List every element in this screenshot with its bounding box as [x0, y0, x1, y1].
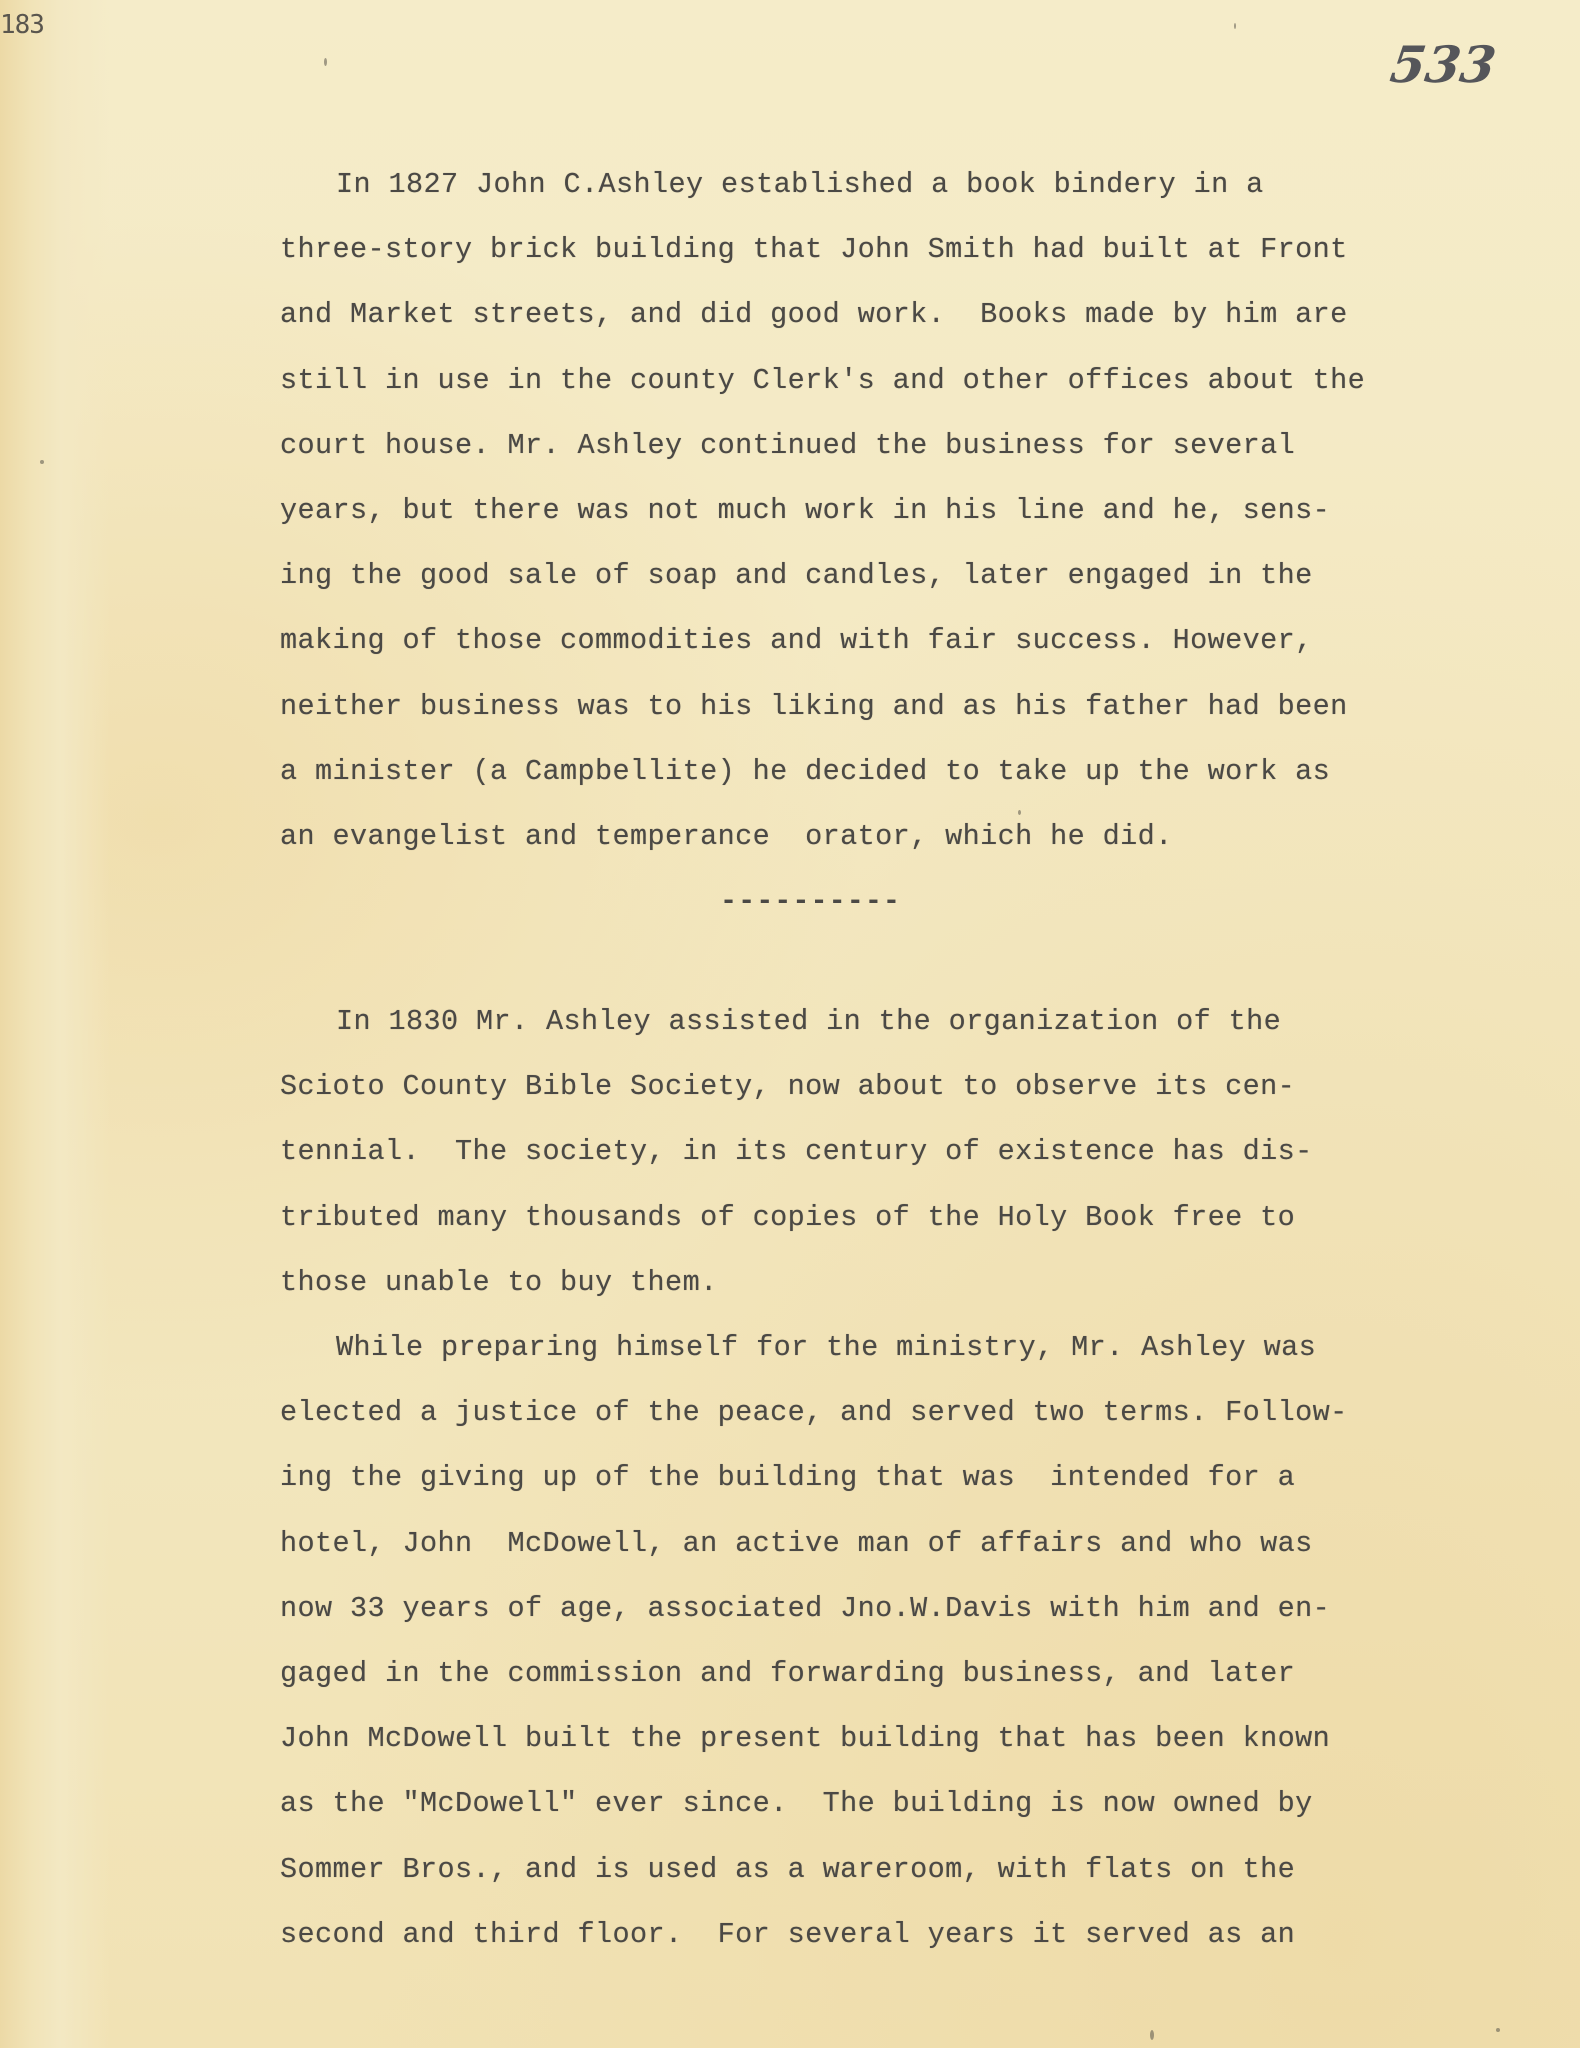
paper-speck: [1018, 810, 1021, 815]
text-line: an evangelist and temperance orator, whi…: [280, 804, 1480, 869]
text-line: tennial. The society, in its century of …: [280, 1119, 1480, 1184]
text-line: years, but there was not much work in hi…: [280, 478, 1480, 543]
text-line: neither business was to his liking and a…: [280, 674, 1480, 739]
paragraph-1: In 1827 John C.Ashley established a book…: [280, 152, 1480, 869]
text-line: Scioto County Bible Society, now about t…: [280, 1054, 1480, 1119]
corner-marker: 183: [0, 10, 44, 40]
text-line: a minister (a Campbellite) he decided to…: [280, 739, 1480, 804]
paper-speck: [1496, 2028, 1500, 2032]
text-line: In 1830 Mr. Ashley assisted in the organ…: [280, 989, 1480, 1054]
paper-speck: [324, 58, 327, 66]
text-line: hotel, John McDowell, an active man of a…: [280, 1511, 1480, 1576]
text-line: making of those commodities and with fai…: [280, 608, 1480, 673]
text-line: In 1827 John C.Ashley established a book…: [280, 152, 1480, 217]
text-line: second and third floor. For several year…: [280, 1902, 1480, 1967]
text-line: three-story brick building that John Smi…: [280, 217, 1480, 282]
text-line: still in use in the county Clerk's and o…: [280, 348, 1480, 413]
section-separator: ----------: [280, 869, 1480, 934]
text-line: Sommer Bros., and is used as a wareroom,…: [280, 1837, 1480, 1902]
document-body: In 1827 John C.Ashley established a book…: [280, 152, 1480, 1967]
text-line: tributed many thousands of copies of the…: [280, 1185, 1480, 1250]
text-line: ing the good sale of soap and candles, l…: [280, 543, 1480, 608]
page-number: 533: [1386, 35, 1499, 94]
text-line: and Market streets, and did good work. B…: [280, 282, 1480, 347]
text-line: John McDowell built the present building…: [280, 1706, 1480, 1771]
paper-speck: [1234, 23, 1236, 29]
text-line: as the "McDowell" ever since. The buildi…: [280, 1771, 1480, 1836]
text-line: elected a justice of the peace, and serv…: [280, 1380, 1480, 1445]
text-line: now 33 years of age, associated Jno.W.Da…: [280, 1576, 1480, 1641]
paper-speck: [1150, 2030, 1154, 2040]
spacer: [280, 934, 1480, 989]
paragraph-3: While preparing himself for the ministry…: [280, 1315, 1480, 1967]
text-line: court house. Mr. Ashley continued the bu…: [280, 413, 1480, 478]
text-line: those unable to buy them.: [280, 1250, 1480, 1315]
text-line: While preparing himself for the ministry…: [280, 1315, 1480, 1380]
paragraph-2: In 1830 Mr. Ashley assisted in the organ…: [280, 989, 1480, 1315]
paper-speck: [40, 460, 44, 464]
text-line: gaged in the commission and forwarding b…: [280, 1641, 1480, 1706]
text-line: ing the giving up of the building that w…: [280, 1445, 1480, 1510]
